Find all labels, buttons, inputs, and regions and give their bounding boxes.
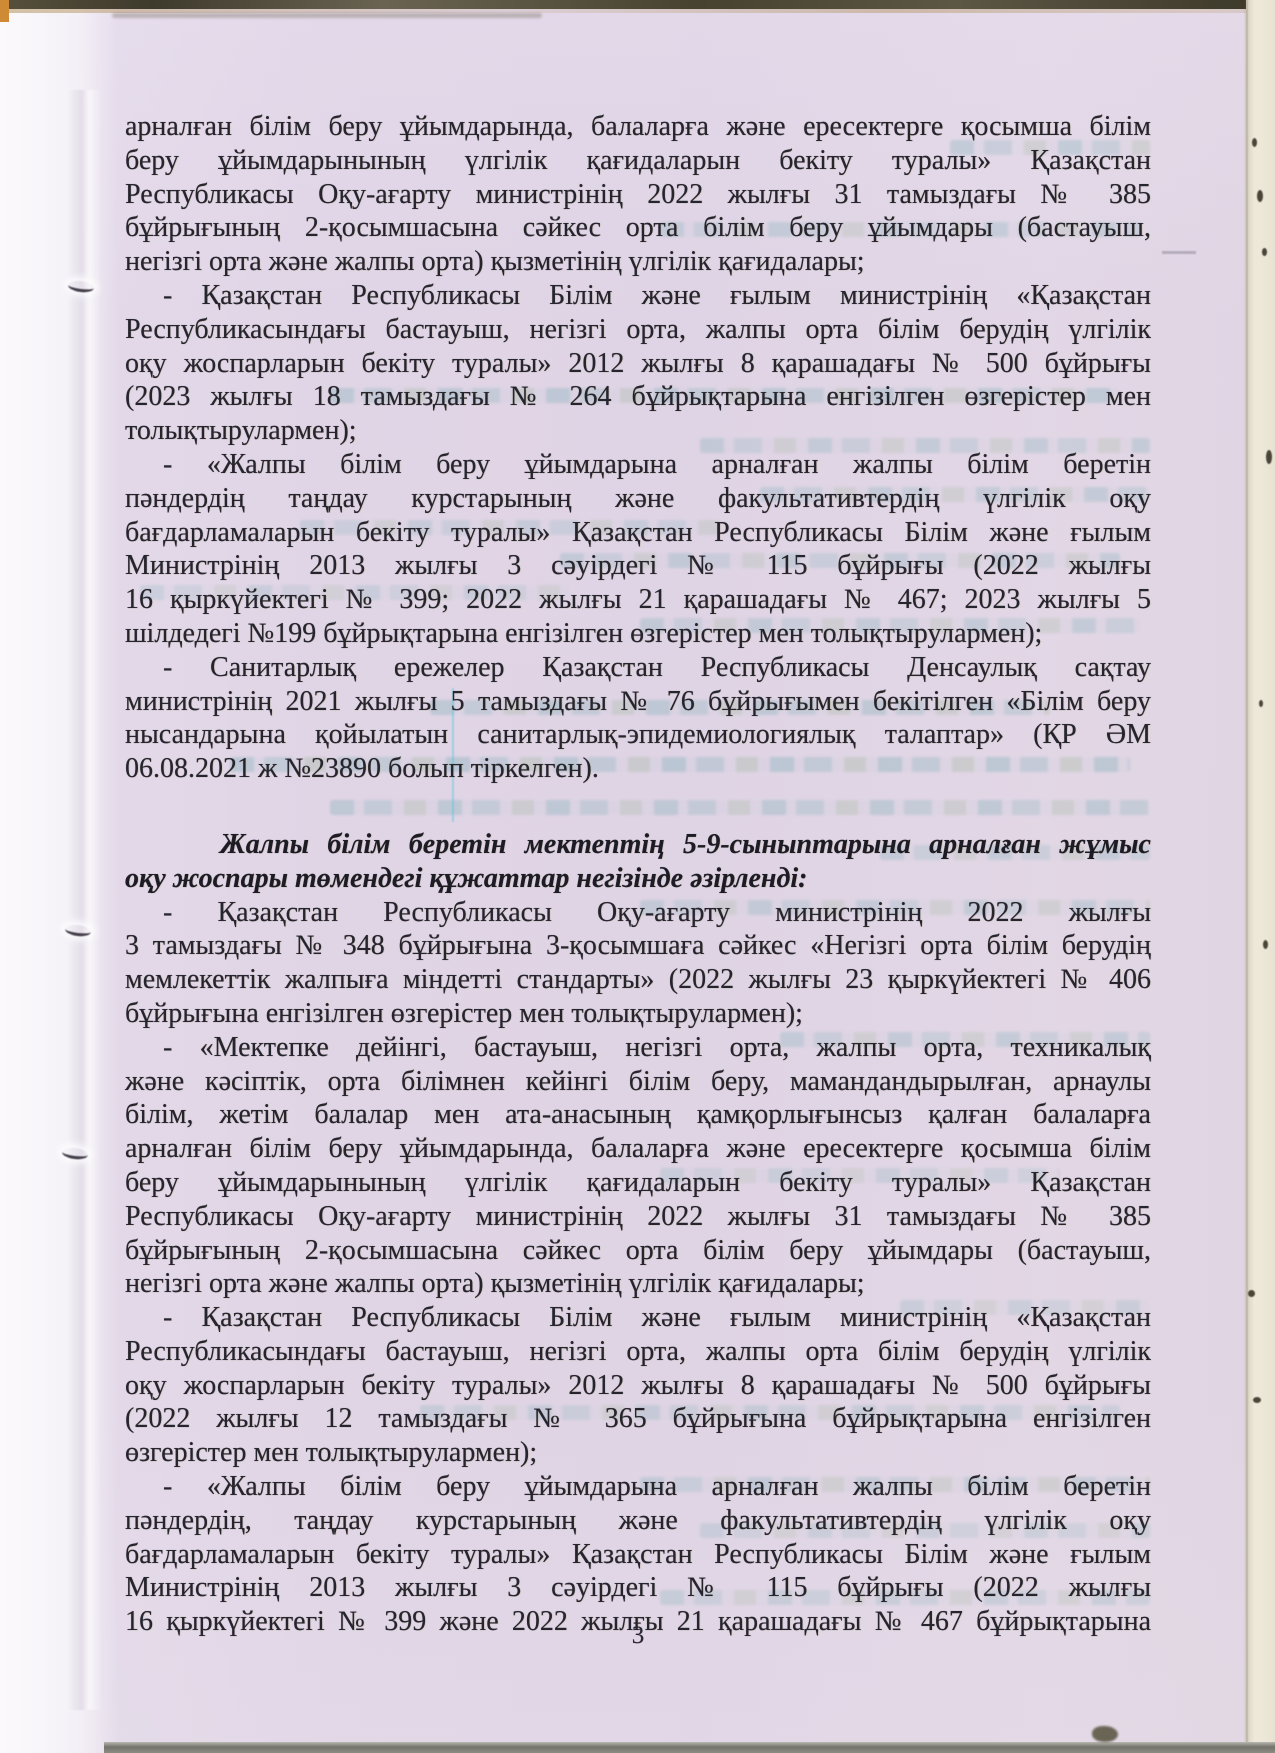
text-line: арналған білім беру ұйымдарында, балалар…: [125, 110, 1151, 144]
text-line: Жалпы білім беретін мектептің 5-9-сыныпт…: [125, 828, 1151, 862]
edge-speck: [1263, 940, 1268, 949]
text-line: 3 тамыздағы № 348 бұйрығына 3-қосымшаға …: [125, 929, 1151, 963]
text-line: білім, жетім балалар мен ата-анасының қа…: [125, 1098, 1151, 1132]
text-line: Республикасындағы бастауыш, негізгі орта…: [125, 1335, 1151, 1369]
edge-speck: [1262, 248, 1267, 256]
edge-speck: [1259, 700, 1263, 707]
text-line: - Қазақстан Республикасы Білім және ғылы…: [125, 1301, 1151, 1335]
paragraph: - Санитарлық ережелер Қазақстан Республи…: [125, 651, 1151, 786]
paragraph: - «Жалпы білім беру ұйымдарына арналған …: [125, 1470, 1151, 1639]
scan-edge-smudge: [112, 13, 542, 18]
edge-speck: [1266, 450, 1272, 464]
text-line: шілдедегі №199 бұйрықтарына енгізілген ө…: [125, 617, 1151, 651]
text-line: негізгі орта және жалпы орта) қызметінің…: [125, 1267, 1151, 1301]
text-line: бұйрығының 2-қосымшасына сәйкес орта біл…: [125, 1234, 1151, 1268]
scan-edge-bottom: [104, 1742, 1275, 1753]
text-line: беру ұйымдарынының үлгілік қағидаларын б…: [125, 1166, 1151, 1200]
text-line: толықтырулармен);: [125, 414, 1151, 448]
paragraph: - «Мектепке дейінгі, бастауыш, негізгі о…: [125, 1031, 1151, 1301]
text-line: оқу жоспары төмендегі құжаттар негізінде…: [125, 862, 1151, 896]
text-line: бұйрығының 2-қосымшасына сәйкес орта біл…: [125, 211, 1151, 245]
text-line: (2022 жылғы 12 тамыздағы № 365 бұйрығына…: [125, 1402, 1151, 1436]
pencil-mark: [1162, 251, 1196, 254]
edge-speck: [1253, 1397, 1261, 1403]
text-line: негізгі орта және жалпы орта) қызметінің…: [125, 245, 1151, 279]
text-line: - Қазақстан Республикасы Білім және ғылы…: [125, 279, 1151, 313]
text-line: пәндердің, таңдау курстарының және факул…: [125, 1504, 1151, 1538]
text-line: 16 қыркүйектегі № 399; 2022 жылғы 21 қар…: [125, 583, 1151, 617]
text-line: Республикасындағы бастауыш, негізгі орта…: [125, 313, 1151, 347]
text-line: (2023 жылғы 18 тамыздағы № 264 бұйрықтар…: [125, 380, 1151, 414]
text-line: - «Мектепке дейінгі, бастауыш, негізгі о…: [125, 1031, 1151, 1065]
text-line: бағдарламаларын бекіту туралы» Қазақстан…: [125, 1538, 1151, 1572]
scan-corner-artifact: [0, 0, 9, 22]
text-line: Министрінің 2013 жылғы 3 сәуірдегі № 115…: [125, 1571, 1151, 1605]
text-line: пәндердің таңдау курстарының және факуль…: [125, 482, 1151, 516]
text-line: және кәсіптік, орта білімнен кейінгі біл…: [125, 1065, 1151, 1099]
edge-speck: [1252, 138, 1257, 147]
ink-smudge: [1092, 1726, 1118, 1742]
text-line: оқу жоспарларын бекіту туралы» 2012 жылғ…: [125, 1369, 1151, 1403]
text-line: арналған білім беру ұйымдарында, балалар…: [125, 1132, 1151, 1166]
edge-speck: [1257, 190, 1263, 202]
paragraph: арналған білім беру ұйымдарында, балалар…: [125, 110, 1151, 279]
edge-speck: [1248, 1290, 1255, 1297]
paragraph: - Қазақстан Республикасы Білім және ғылы…: [125, 1301, 1151, 1470]
text-line: - «Жалпы білім беру ұйымдарына арналған …: [125, 448, 1151, 482]
text-line: оқу жоспарларын бекіту туралы» 2012 жылғ…: [125, 347, 1151, 381]
scan-edge-right-shadow: [1244, 0, 1248, 1753]
paragraph: - «Жалпы білім беру ұйымдарына арналған …: [125, 448, 1151, 651]
text-line: бағдарламаларын бекіту туралы» Қазақстан…: [125, 516, 1151, 550]
scanned-page: арналған білім беру ұйымдарында, балалар…: [0, 0, 1275, 1753]
page-fold-crease: [68, 90, 102, 1710]
text-line: - Қазақстан Республикасы Оқу-ағарту мини…: [125, 896, 1151, 930]
text-line: Министрінің 2013 жылғы 3 сәуірдегі № 115…: [125, 549, 1151, 583]
text-line: нысандарына қойылатын санитарлық-эпидеми…: [125, 718, 1151, 752]
page-number: 3: [125, 1622, 1151, 1650]
text-line: мемлекеттік жалпыға міндетті стандарты» …: [125, 963, 1151, 997]
scan-edge-top: [0, 0, 1275, 9]
text-line: министрінің 2021 жылғы 5 тамыздағы № 76 …: [125, 685, 1151, 719]
text-line: - Санитарлық ережелер Қазақстан Республи…: [125, 651, 1151, 685]
text-line: беру ұйымдарынының үлгілік қағидаларын б…: [125, 144, 1151, 178]
text-line: - «Жалпы білім беру ұйымдарына арналған …: [125, 1470, 1151, 1504]
text-line: өзгерістер мен толықтырулармен);: [125, 1436, 1151, 1470]
paragraph: - Қазақстан Республикасы Оқу-ағарту мини…: [125, 896, 1151, 1031]
section-heading: Жалпы білім беретін мектептің 5-9-сыныпт…: [125, 828, 1151, 896]
text-line: бұйрығына енгізілген өзгерістер мен толы…: [125, 997, 1151, 1031]
text-line: 06.08.2021 ж №23890 болып тіркелген).: [125, 752, 1151, 786]
text-line: Республикасы Оқу-ағарту министрінің 2022…: [125, 1200, 1151, 1234]
paragraph: - Қазақстан Республикасы Білім және ғылы…: [125, 279, 1151, 448]
scan-edge-right: [1246, 0, 1275, 1753]
text-line: Республикасы Оқу-ағарту министрінің 2022…: [125, 178, 1151, 212]
document-text: арналған білім беру ұйымдарында, балалар…: [125, 110, 1151, 1639]
